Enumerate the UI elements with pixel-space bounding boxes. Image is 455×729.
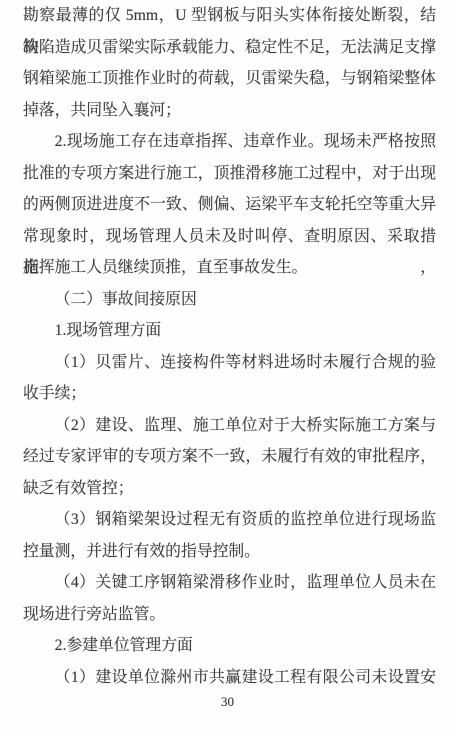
- text-line: （二）事故间接原因: [23, 284, 436, 316]
- text-line: （1）贝雷片、连接构件等材料进场时未履行合规的验: [23, 347, 436, 379]
- text-line: 钢箱梁施工顶推作业时的荷载，贝雷梁失稳，与钢箱梁整体: [23, 63, 436, 95]
- text-line: 控量测，并进行有效的指导控制。: [23, 536, 436, 568]
- text-line: （4）关键工序钢箱梁滑移作业时，监理单位人员未在: [23, 567, 436, 599]
- text-line: 1.现场管理方面: [23, 315, 436, 347]
- text-line: 掉落，共同坠入襄河；: [23, 95, 436, 127]
- text-line: （3）钢箱梁架设过程无有资质的监控单位进行现场监: [23, 504, 436, 536]
- text-line: 勘察最薄的仅 5mm，U 型钢板与阳头实体衔接处断裂，结构: [23, 0, 436, 32]
- text-line: 的两侧顶进进度不一致、侧偏、运梁平车支轮托空等重大异: [23, 189, 436, 221]
- document-page: 勘察最薄的仅 5mm，U 型钢板与阳头实体衔接处断裂，结构缺陷造成贝雷梁实际承载…: [0, 0, 455, 729]
- text-line: 常现象时，现场管理人员未及时叫停、查明原因、采取措施，: [23, 221, 436, 253]
- document-body: 勘察最薄的仅 5mm，U 型钢板与阳头实体衔接处断裂，结构缺陷造成贝雷梁实际承载…: [23, 0, 436, 693]
- text-line: （2）建设、监理、施工单位对于大桥实际施工方案与: [23, 410, 436, 442]
- text-line: （1）建设单位滁州市共赢建设工程有限公司未设置安: [23, 662, 436, 694]
- text-line: 现场进行旁站监管。: [23, 599, 436, 631]
- text-line: 缺陷造成贝雷梁实际承载能力、稳定性不足，无法满足支撑: [23, 32, 436, 64]
- text-line: 缺乏有效管控；: [23, 473, 436, 505]
- text-line: 2.参建单位管理方面: [23, 630, 436, 662]
- text-line: 批准的专项方案进行施工，顶推滑移施工过程中，对于出现: [23, 158, 436, 190]
- text-line: 2.现场施工存在违章指挥、违章作业。现场未严格按照: [23, 126, 436, 158]
- page-number: 30: [0, 694, 455, 710]
- text-line: 经过专家评审的专项方案不一致，未履行有效的审批程序，: [23, 441, 436, 473]
- text-line: 收手续；: [23, 378, 436, 410]
